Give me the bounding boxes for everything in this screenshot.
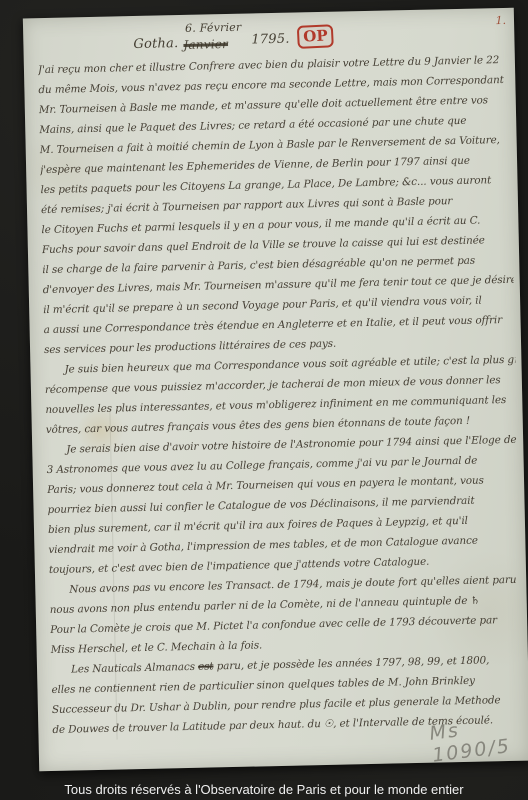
header-place: Gotha.	[133, 36, 178, 52]
header-year: 1795.	[251, 32, 290, 48]
manuscript-lines: J'ai reçu mon cher et illustre Confrere …	[38, 50, 524, 763]
observatory-stamp: OP	[297, 24, 334, 49]
manuscript-page: 6. Février Gotha. Janvier 1795. OP 1. J'…	[23, 8, 528, 772]
header-date-inserted: 6. Février	[185, 21, 242, 35]
folio-number: 1.	[495, 14, 506, 27]
header-struck-word: Janvier	[183, 37, 228, 52]
copyright-footer: Tous droits réservés à l'Observatoire de…	[0, 782, 528, 797]
